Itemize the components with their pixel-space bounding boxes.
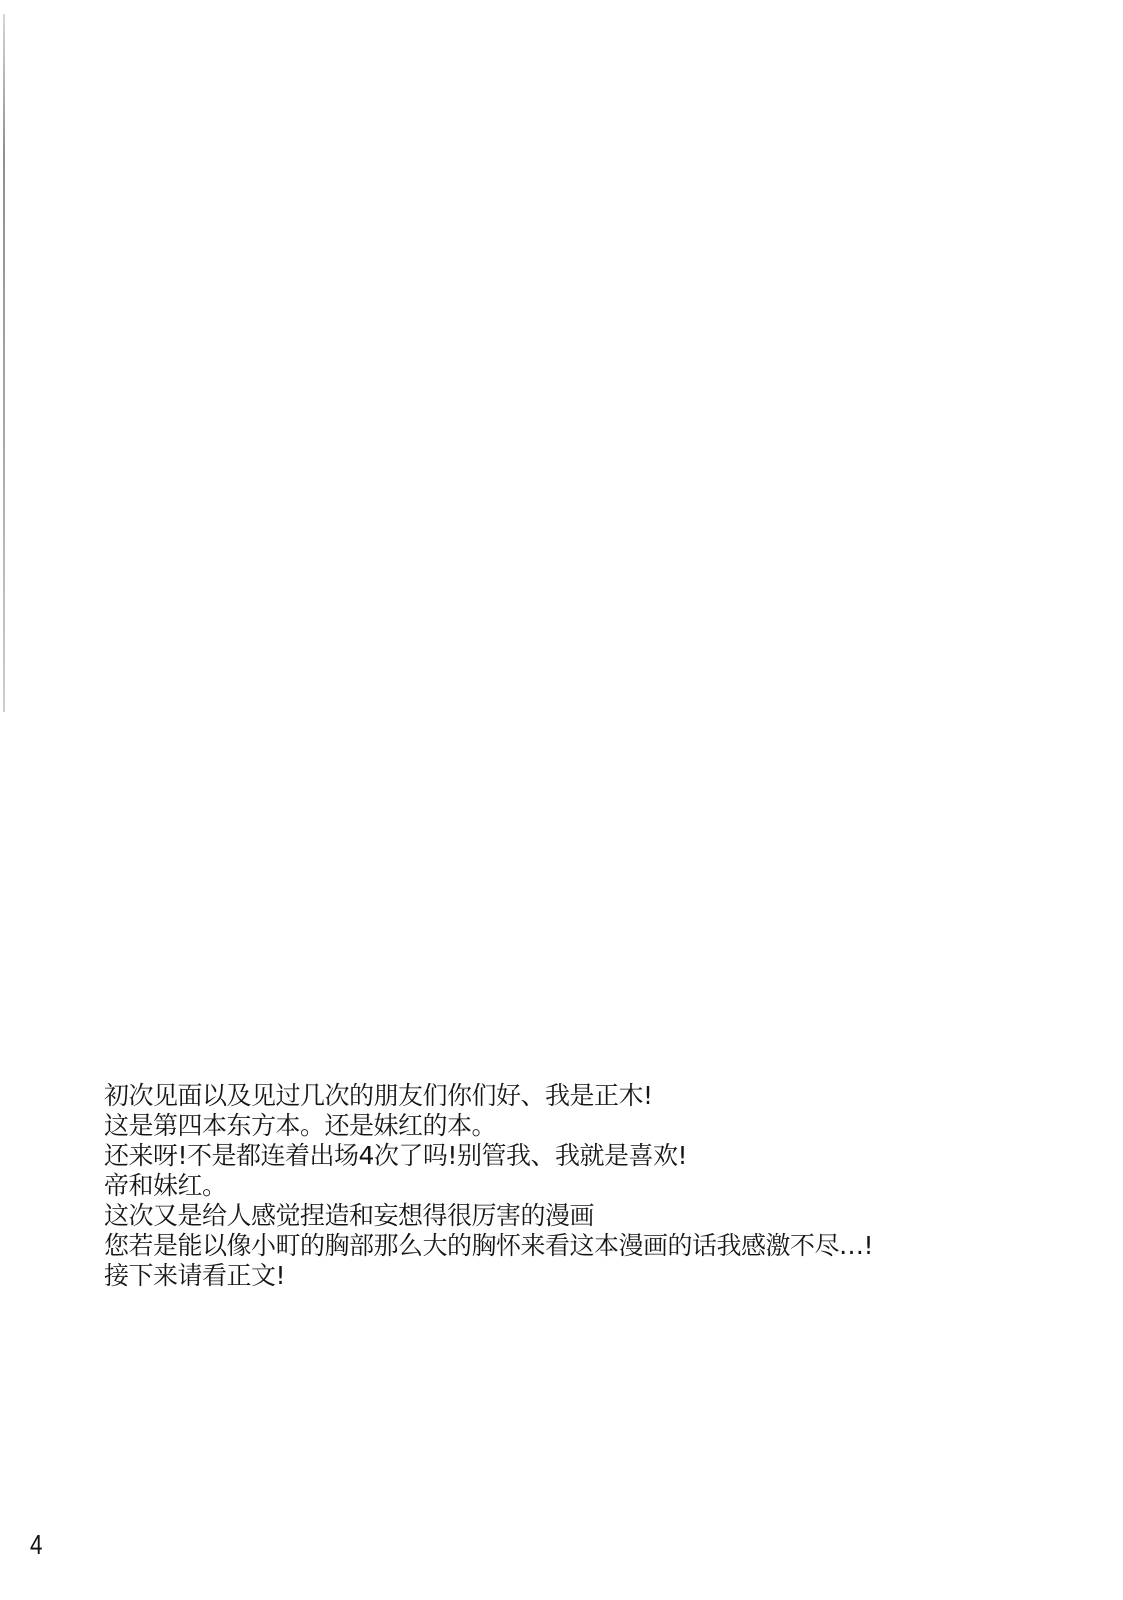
text-line-exclamation: 还来呀!不是都连着出场4次了吗!别管我、我就是喜欢! [104,1141,873,1171]
page-binding-edge-line [3,14,5,712]
text-line-thanks: 您若是能以像小町的胸部那么大的胸怀来看这本漫画的话我感激不尽…! [104,1231,873,1261]
afterword-text-block: 初次见面以及见过几次的朋友们你们好、我是正木! 这是第四本东方本。还是妹红的本。… [104,1081,873,1291]
text-line-greeting: 初次见面以及见过几次的朋友们你们好、我是正木! [104,1081,873,1111]
text-line-characters: 帝和妹红。 [104,1171,873,1201]
page-number: 4 [30,1530,42,1560]
manga-page: 初次见面以及见过几次的朋友们你们好、我是正木! 这是第四本东方本。还是妹红的本。… [0,0,1123,1600]
text-line-book-info: 这是第四本东方本。还是妹红的本。 [104,1111,873,1141]
text-line-description: 这次又是给人感觉捏造和妄想得很厉害的漫画 [104,1201,873,1231]
text-line-closing: 接下来请看正文! [104,1261,873,1291]
